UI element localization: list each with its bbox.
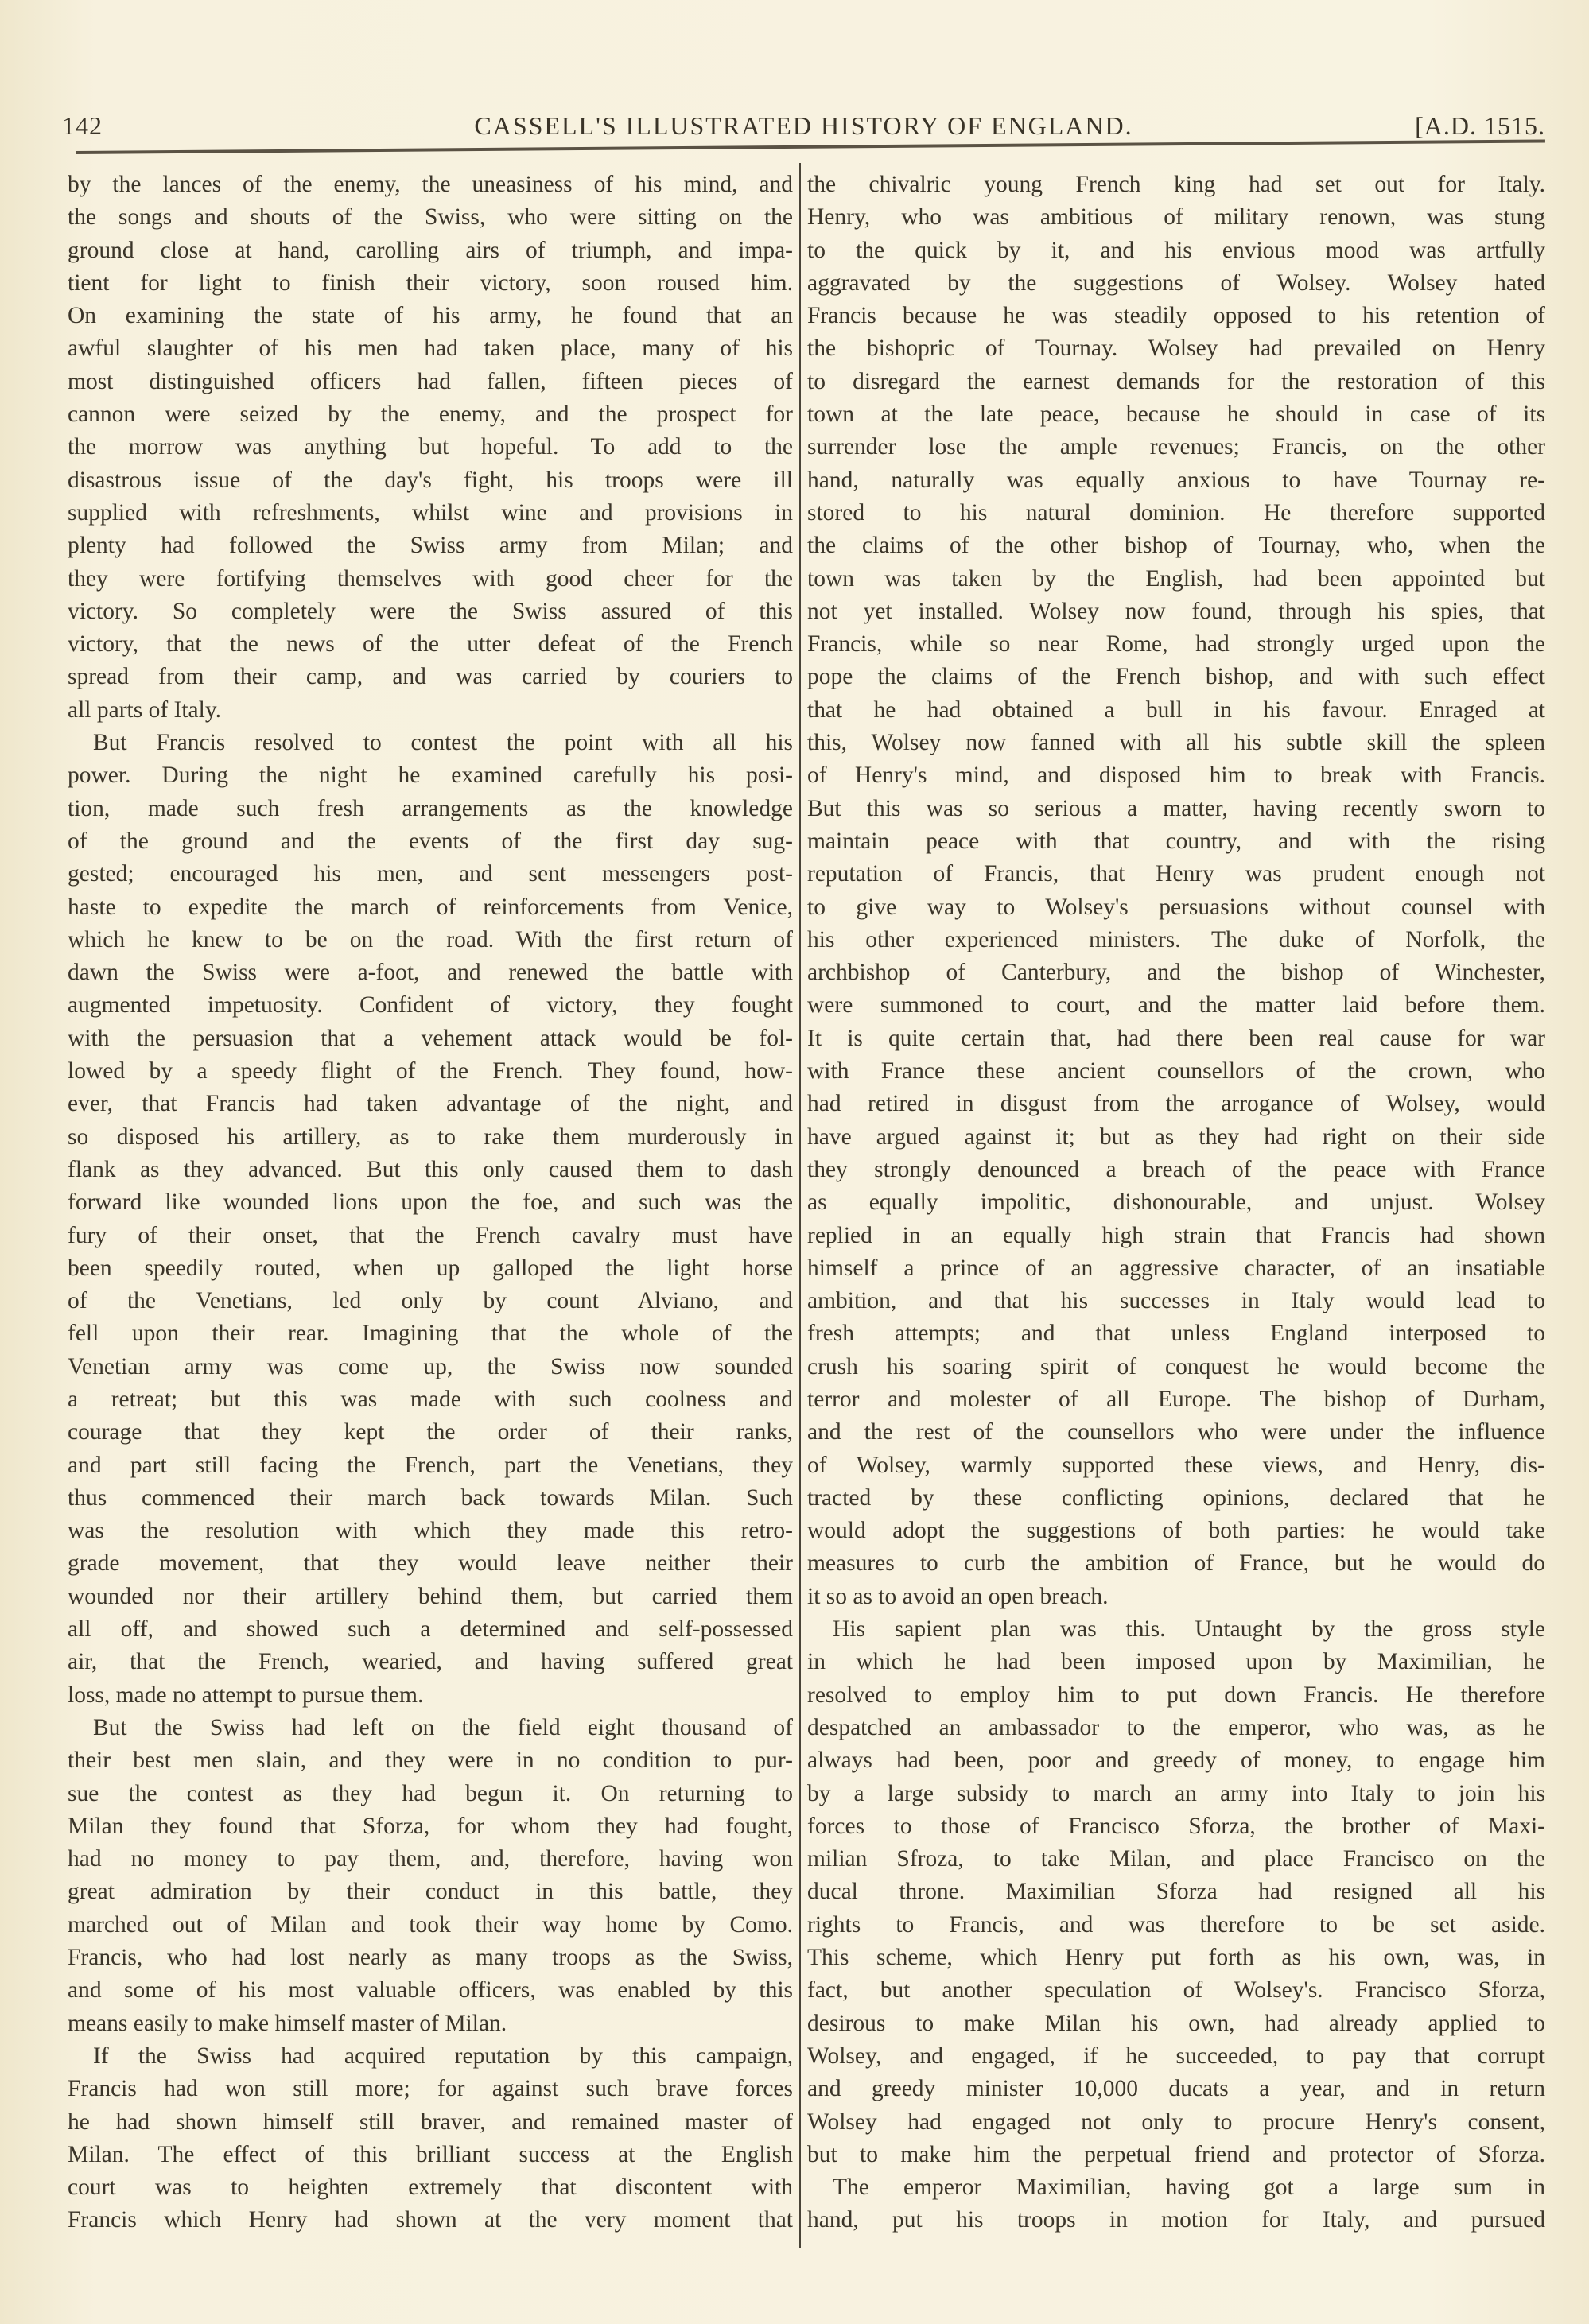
text-line: maintain peace with that country, and wi… xyxy=(807,825,1545,858)
text-line: If the Swiss had acquired reputation by … xyxy=(68,2040,793,2073)
text-line: Venetian army was come up, the Swiss now… xyxy=(68,1351,793,1383)
text-line: ever, that Francis had taken advantage o… xyxy=(68,1088,793,1120)
text-line: This scheme, which Henry put forth as hi… xyxy=(807,1942,1545,1974)
text-line: tient for light to finish their victory,… xyxy=(68,267,793,300)
text-line: ground close at hand, carolling airs of … xyxy=(68,235,793,267)
text-line: town at the late peace, because he shoul… xyxy=(807,398,1545,431)
text-line: but to make him the perpetual friend and… xyxy=(807,2139,1545,2171)
text-line: His sapient plan was this. Untaught by t… xyxy=(807,1613,1545,1646)
text-line: ambition, and that his successes in Ital… xyxy=(807,1285,1545,1317)
text-line: stored to his natural dominion. He there… xyxy=(807,497,1545,530)
text-line: loss, made no attempt to pursue them. xyxy=(68,1679,793,1712)
text-line: lowed by a speedy flight of the French. … xyxy=(68,1055,793,1088)
text-line: fresh attempts; and that unless England … xyxy=(807,1317,1545,1350)
text-line: court was to heighten extremely that dis… xyxy=(68,2171,793,2204)
text-line: The emperor Maximilian, having got a lar… xyxy=(807,2171,1545,2204)
text-line: town was taken by the English, had been … xyxy=(807,563,1545,596)
text-line: and some of his most valuable officers, … xyxy=(68,1974,793,2007)
text-line: measures to curb the ambition of France,… xyxy=(807,1547,1545,1580)
text-line: pope the claims of the French bishop, an… xyxy=(807,661,1545,693)
right-column: the chivalric young French king had set … xyxy=(807,169,1545,2237)
text-line: plenty had followed the Swiss army from … xyxy=(68,530,793,562)
text-line: the claims of the other bishop of Tourna… xyxy=(807,530,1545,562)
text-line: cannon were seized by the enemy, and the… xyxy=(68,398,793,431)
text-line: tracted by these conflicting opinions, d… xyxy=(807,1482,1545,1515)
text-line: Wolsey, and engaged, if he succeeded, to… xyxy=(807,2040,1545,2073)
text-line: desirous to make Milan his own, had alre… xyxy=(807,2008,1545,2040)
text-line: great admiration by their conduct in thi… xyxy=(68,1876,793,1908)
text-line: means easily to make himself master of M… xyxy=(68,2008,793,2040)
text-line: Francis, who had lost nearly as many tro… xyxy=(68,1942,793,1974)
text-line: always had been, poor and greedy of mone… xyxy=(807,1744,1545,1777)
text-line: and greedy minister 10,000 ducats a year… xyxy=(807,2073,1545,2105)
text-line: supplied with refreshments, whilst wine … xyxy=(68,497,793,530)
text-line: as equally impolitic, dishonourable, and… xyxy=(807,1186,1545,1219)
text-line: would adopt the suggestions of both part… xyxy=(807,1515,1545,1547)
text-line: reputation of Francis, that Henry was pr… xyxy=(807,858,1545,890)
text-line: they were fortifying themselves with goo… xyxy=(68,563,793,596)
text-line: were summoned to court, and the matter l… xyxy=(807,989,1545,1022)
text-line: most distinguished officers had fallen, … xyxy=(68,366,793,398)
text-line: Francis because he was steadily opposed … xyxy=(807,300,1545,332)
text-line: hand, naturally was equally anxious to h… xyxy=(807,464,1545,497)
text-line: to give way to Wolsey's persuasions with… xyxy=(807,891,1545,924)
page: 142 CASSELL'S ILLUSTRATED HISTORY OF ENG… xyxy=(0,0,1589,2324)
text-line: fury of their onset, that the French cav… xyxy=(68,1220,793,1252)
text-line: their best men slain, and they were in n… xyxy=(68,1744,793,1777)
text-line: sue the contest as they had begun it. On… xyxy=(68,1778,793,1810)
text-line: by the lances of the enemy, the uneasine… xyxy=(68,169,793,201)
text-line: courage that they kept the order of thei… xyxy=(68,1416,793,1449)
text-line: that he had obtained a bull in his favou… xyxy=(807,694,1545,727)
text-line: But the Swiss had left on the field eigh… xyxy=(68,1712,793,1744)
text-line: with France these ancient counsellors of… xyxy=(807,1055,1545,1088)
left-column: by the lances of the enemy, the uneasine… xyxy=(68,169,793,2237)
text-line: resolved to employ him to put down Franc… xyxy=(807,1679,1545,1712)
text-line: despatched an ambassador to the emperor,… xyxy=(807,1712,1545,1744)
text-line: been speedily routed, when up galloped t… xyxy=(68,1252,793,1285)
column-divider xyxy=(799,163,801,2248)
text-line: augmented impetuosity. Confident of vict… xyxy=(68,989,793,1022)
text-line: himself a prince of an aggressive charac… xyxy=(807,1252,1545,1285)
text-line: grade movement, that they would leave ne… xyxy=(68,1547,793,1580)
text-line: and part still facing the French, part t… xyxy=(68,1449,793,1482)
text-line: surrender lose the ample revenues; Franc… xyxy=(807,431,1545,464)
text-line: gested; encouraged his men, and sent mes… xyxy=(68,858,793,890)
text-line: tion, made such fresh arrangements as th… xyxy=(68,793,793,825)
text-line: power. During the night he examined care… xyxy=(68,759,793,792)
text-line: of Henry's mind, and disposed him to bre… xyxy=(807,759,1545,792)
text-line: this, Wolsey now fanned with all his sub… xyxy=(807,727,1545,759)
text-line: marched out of Milan and took their way … xyxy=(68,1909,793,1942)
text-line: to the quick by it, and his envious mood… xyxy=(807,235,1545,267)
text-line: in which he had been imposed upon by Max… xyxy=(807,1646,1545,1678)
text-line: of the ground and the events of the firs… xyxy=(68,825,793,858)
text-line: forward like wounded lions upon the foe,… xyxy=(68,1186,793,1219)
text-line: victory, that the news of the utter defe… xyxy=(68,628,793,661)
text-line: all parts of Italy. xyxy=(68,694,793,727)
text-line: archbishop of Canterbury, and the bishop… xyxy=(807,956,1545,989)
text-line: his other experienced ministers. The duk… xyxy=(807,924,1545,956)
text-line: air, that the French, wearied, and havin… xyxy=(68,1646,793,1678)
text-line: he had shown himself still braver, and r… xyxy=(68,2106,793,2139)
text-line: Henry, who was ambitious of military ren… xyxy=(807,201,1545,234)
text-line: the songs and shouts of the Swiss, who w… xyxy=(68,201,793,234)
text-line: replied in an equally high strain that F… xyxy=(807,1220,1545,1252)
text-line: wounded nor their artillery behind them,… xyxy=(68,1581,793,1613)
text-line: with the persuasion that a vehement atta… xyxy=(68,1022,793,1055)
text-line: disastrous issue of the day's fight, his… xyxy=(68,464,793,497)
text-line: to disregard the earnest demands for the… xyxy=(807,366,1545,398)
text-line: It is quite certain that, had there been… xyxy=(807,1022,1545,1055)
text-line: was the resolution with which they made … xyxy=(68,1515,793,1547)
text-line: terror and molester of all Europe. The b… xyxy=(807,1383,1545,1416)
date-marker: [A.D. 1515. xyxy=(1415,111,1545,141)
text-line: But Francis resolved to contest the poin… xyxy=(68,727,793,759)
text-line: spread from their camp, and was carried … xyxy=(68,661,793,693)
text-line: awful slaughter of his men had taken pla… xyxy=(68,332,793,365)
text-line: thus commenced their march back towards … xyxy=(68,1482,793,1515)
text-line: a retreat; but this was made with such c… xyxy=(68,1383,793,1416)
text-line: Francis, while so near Rome, had strongl… xyxy=(807,628,1545,661)
text-line: all off, and showed such a determined an… xyxy=(68,1613,793,1646)
text-line: ducal throne. Maximilian Sforza had resi… xyxy=(807,1876,1545,1908)
text-line: so disposed his artillery, as to rake th… xyxy=(68,1121,793,1154)
text-line: hand, put his troops in motion for Italy… xyxy=(807,2204,1545,2237)
text-line: fact, but another speculation of Wolsey'… xyxy=(807,1974,1545,2007)
text-line: Milan. The effect of this brilliant succ… xyxy=(68,2139,793,2171)
text-line: have argued against it; but as they had … xyxy=(807,1121,1545,1154)
text-line: milian Sfroza, to take Milan, and place … xyxy=(807,1843,1545,1876)
text-line: crush his soaring spirit of conquest he … xyxy=(807,1351,1545,1383)
text-line: which he knew to be on the road. With th… xyxy=(68,924,793,956)
text-line: On examining the state of his army, he f… xyxy=(68,300,793,332)
text-line: and the rest of the counsellors who were… xyxy=(807,1416,1545,1449)
text-line: the bishopric of Tournay. Wolsey had pre… xyxy=(807,332,1545,365)
text-line: flank as they advanced. But this only ca… xyxy=(68,1154,793,1186)
text-line: they strongly denounced a breach of the … xyxy=(807,1154,1545,1186)
text-line: Wolsey had engaged not only to procure H… xyxy=(807,2106,1545,2139)
text-line: rights to Francis, and was therefore to … xyxy=(807,1909,1545,1942)
text-line: But this was so serious a matter, having… xyxy=(807,793,1545,825)
text-line: Francis which Henry had shown at the ver… xyxy=(68,2204,793,2237)
text-line: aggravated by the suggestions of Wolsey.… xyxy=(807,267,1545,300)
text-line: victory. So completely were the Swiss as… xyxy=(68,596,793,628)
text-line: it so as to avoid an open breach. xyxy=(807,1581,1545,1613)
text-line: haste to expedite the march of reinforce… xyxy=(68,891,793,924)
page-header: 142 CASSELL'S ILLUSTRATED HISTORY OF ENG… xyxy=(62,111,1545,143)
running-title: CASSELL'S ILLUSTRATED HISTORY OF ENGLAND… xyxy=(62,111,1545,141)
text-line: Francis had won still more; for against … xyxy=(68,2073,793,2105)
text-line: forces to those of Francisco Sforza, the… xyxy=(807,1810,1545,1843)
text-line: not yet installed. Wolsey now found, thr… xyxy=(807,596,1545,628)
text-line: the morrow was anything but hopeful. To … xyxy=(68,431,793,464)
text-line: had no money to pay them, and, therefore… xyxy=(68,1843,793,1876)
text-line: the chivalric young French king had set … xyxy=(807,169,1545,201)
text-line: fell upon their rear. Imagining that the… xyxy=(68,1317,793,1350)
text-line: of Wolsey, warmly supported these views,… xyxy=(807,1449,1545,1482)
text-line: by a large subsidy to march an army into… xyxy=(807,1778,1545,1810)
text-line: Milan they found that Sforza, for whom t… xyxy=(68,1810,793,1843)
text-line: had retired in disgust from the arroganc… xyxy=(807,1088,1545,1120)
text-line: of the Venetians, led only by count Alvi… xyxy=(68,1285,793,1317)
text-line: dawn the Swiss were a-foot, and renewed … xyxy=(68,956,793,989)
